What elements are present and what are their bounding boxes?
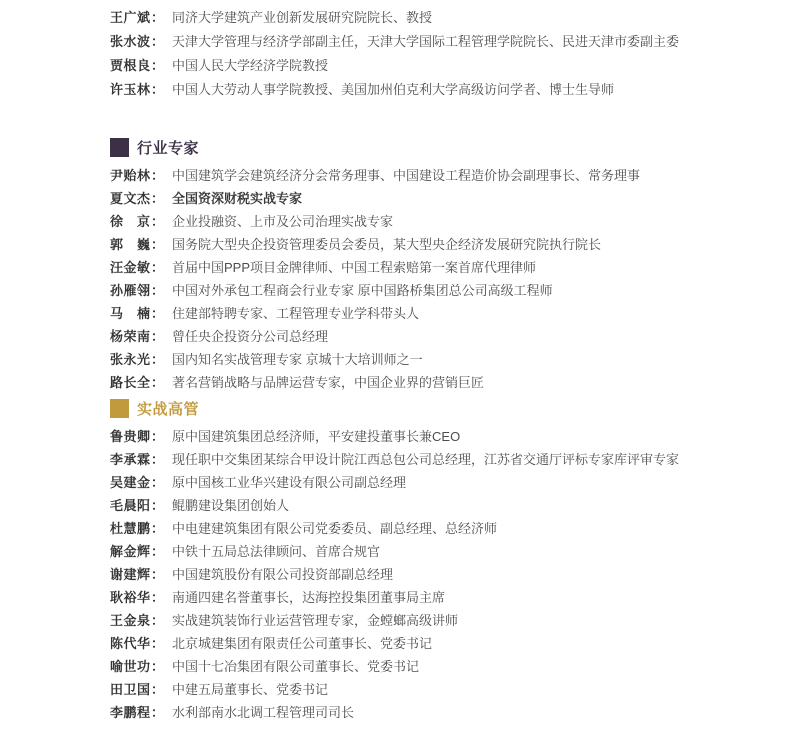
section-title: 行业专家 bbox=[137, 137, 199, 158]
expert-desc: 著名营销战略与品牌运营专家，中国企业界的营销巨匠 bbox=[172, 371, 484, 394]
expert-desc: 中国对外承包工程商会行业专家 原中国路桥集团总公司高级工程师 bbox=[172, 279, 553, 302]
expert-row: 郭 巍：国务院大型央企投资管理委员会委员，某大型央企经济发展研究院执行院长 bbox=[110, 233, 710, 256]
expert-desc: 中电建建筑集团有限公司党委委员、副总经理、总经济师 bbox=[172, 517, 497, 540]
expert-desc: 国内知名实战管理专家 京城十大培训师之一 bbox=[172, 348, 423, 371]
colon-separator: ： bbox=[151, 210, 164, 233]
expert-desc: 全国资深财税实战专家 bbox=[172, 187, 302, 210]
expert-row: 杨荣南：曾任央企投资分公司总经理 bbox=[110, 325, 710, 348]
colon-separator: ： bbox=[151, 609, 164, 632]
colon-separator: ： bbox=[151, 540, 164, 563]
expert-name: 王广斌 bbox=[110, 6, 151, 30]
expert-row: 贾根良： 中国人民大学经济学院教授 bbox=[110, 54, 710, 78]
expert-name: 许玉林 bbox=[110, 78, 151, 102]
expert-name: 李承霖 bbox=[110, 448, 151, 471]
expert-row: 汪金敏：首届中国PPP项目金牌律师、中国工程索赔第一案首席代理律师 bbox=[110, 256, 710, 279]
colon-separator: ： bbox=[151, 30, 164, 54]
expert-name: 路长全 bbox=[110, 371, 151, 394]
colon-separator: ： bbox=[151, 563, 164, 586]
expert-desc: 中国人民大学经济学院教授 bbox=[172, 54, 328, 78]
expert-row: 王广斌：同济大学建筑产业创新发展研究院院长、教授 bbox=[110, 6, 710, 30]
expert-row: 马 楠：住建部特聘专家、工程管理专业学科带头人 bbox=[110, 302, 710, 325]
expert-row: 李承霖：现任职中交集团某综合甲设计院江西总包公司总经理，江苏省交通厅评标专家库评… bbox=[110, 448, 710, 471]
document-page: 王广斌：同济大学建筑产业创新发展研究院院长、教授 张水波：天津大学管理与经济学部… bbox=[0, 0, 800, 730]
expert-desc: 南通四建名誉董事长，达海控投集团董事局主席 bbox=[172, 586, 445, 609]
expert-desc: 住建部特聘专家、工程管理专业学科带头人 bbox=[172, 302, 419, 325]
expert-name: 郭 巍 bbox=[110, 233, 151, 256]
colon-separator: ： bbox=[151, 371, 164, 394]
expert-name: 陈代华 bbox=[110, 632, 151, 655]
expert-row: 夏文杰：全国资深财税实战专家 bbox=[110, 187, 710, 210]
section-bullet-icon bbox=[110, 399, 129, 418]
expert-name: 马 楠 bbox=[110, 302, 151, 325]
expert-name: 贾根良 bbox=[110, 54, 151, 78]
expert-name: 杜慧鹏 bbox=[110, 517, 151, 540]
expert-desc: 北京城建集团有限责任公司董事长、党委书记 bbox=[172, 632, 432, 655]
expert-name: 张永光 bbox=[110, 348, 151, 371]
colon-separator: ： bbox=[151, 348, 164, 371]
colon-separator: ： bbox=[151, 517, 164, 540]
expert-name: 张水波 bbox=[110, 30, 151, 54]
colon-separator: ： bbox=[151, 187, 164, 210]
expert-desc: 中建五局董事长、党委书记 bbox=[172, 678, 328, 701]
expert-row: 张水波：天津大学管理与经济学部副主任，天津大学国际工程管理学院院长、民进天津市委… bbox=[110, 30, 710, 54]
expert-desc: 原中国建筑集团总经济师，平安建投董事长兼CEO bbox=[172, 425, 460, 448]
colon-separator: ： bbox=[151, 302, 164, 325]
section-title: 实战高管 bbox=[137, 398, 199, 419]
colon-separator: ： bbox=[151, 233, 164, 256]
expert-row: 王金泉：实战建筑装饰行业运营管理专家，金螳螂高级讲师 bbox=[110, 609, 710, 632]
expert-list: 鲁贵卿：原中国建筑集团总经济师，平安建投董事长兼CEO 李承霖：现任职中交集团某… bbox=[110, 425, 710, 724]
expert-row: 耿裕华：南通四建名誉董事长，达海控投集团董事局主席 bbox=[110, 586, 710, 609]
expert-desc: 天津大学管理与经济学部副主任，天津大学国际工程管理学院院长、民进天津市委副主委 bbox=[172, 30, 679, 54]
expert-row: 谢建辉：中国建筑股份有限公司投资部副总经理 bbox=[110, 563, 710, 586]
colon-separator: ： bbox=[151, 471, 164, 494]
expert-desc: 企业投融资、上市及公司治理实战专家 bbox=[172, 210, 393, 233]
expert-row: 喻世功：中国十七冶集团有限公司董事长、党委书记 bbox=[110, 655, 710, 678]
expert-row: 吴建金：原中国核工业华兴建设有限公司副总经理 bbox=[110, 471, 710, 494]
expert-desc: 鲲鹏建设集团创始人 bbox=[172, 494, 289, 517]
expert-desc: 中国人大劳动人事学院教授、美国加州伯克利大学高级访问学者、博士生导师 bbox=[172, 78, 614, 102]
colon-separator: ： bbox=[151, 701, 164, 724]
expert-name: 汪金敏 bbox=[110, 256, 151, 279]
expert-name: 王金泉 bbox=[110, 609, 151, 632]
expert-desc: 国务院大型央企投资管理委员会委员，某大型央企经济发展研究院执行院长 bbox=[172, 233, 601, 256]
expert-desc: 首届中国PPP项目金牌律师、中国工程索赔第一案首席代理律师 bbox=[172, 256, 536, 279]
colon-separator: ： bbox=[151, 586, 164, 609]
expert-row: 杜慧鹏：中电建建筑集团有限公司党委委员、副总经理、总经济师 bbox=[110, 517, 710, 540]
colon-separator: ： bbox=[151, 6, 164, 30]
expert-name: 毛晨阳 bbox=[110, 494, 151, 517]
colon-separator: ： bbox=[151, 678, 164, 701]
colon-separator: ： bbox=[151, 655, 164, 678]
expert-desc: 中国建筑学会建筑经济分会常务理事、中国建设工程造价协会副理事长、常务理事 bbox=[172, 164, 640, 187]
section-header: 行业专家 bbox=[110, 136, 710, 158]
colon-separator: ： bbox=[151, 164, 164, 187]
intro-expert-list: 王广斌：同济大学建筑产业创新发展研究院院长、教授 张水波：天津大学管理与经济学部… bbox=[110, 6, 710, 102]
expert-row: 路长全：著名营销战略与品牌运营专家，中国企业界的营销巨匠 bbox=[110, 371, 710, 394]
expert-desc: 同济大学建筑产业创新发展研究院院长、教授 bbox=[172, 6, 432, 30]
expert-desc: 曾任央企投资分公司总经理 bbox=[172, 325, 328, 348]
expert-row: 陈代华：北京城建集团有限责任公司董事长、党委书记 bbox=[110, 632, 710, 655]
expert-name: 解金辉 bbox=[110, 540, 151, 563]
section-bullet-icon bbox=[110, 138, 129, 157]
expert-row: 李鹏程：水利部南水北调工程管理司司长 bbox=[110, 701, 710, 724]
colon-separator: ： bbox=[151, 425, 164, 448]
expert-row: 孙雁翎：中国对外承包工程商会行业专家 原中国路桥集团总公司高级工程师 bbox=[110, 279, 710, 302]
colon-separator: ： bbox=[151, 256, 164, 279]
expert-row: 徐 京：企业投融资、上市及公司治理实战专家 bbox=[110, 210, 710, 233]
expert-name: 李鹏程 bbox=[110, 701, 151, 724]
expert-row: 鲁贵卿：原中国建筑集团总经济师，平安建投董事长兼CEO bbox=[110, 425, 710, 448]
expert-desc: 中国建筑股份有限公司投资部副总经理 bbox=[172, 563, 393, 586]
expert-name: 鲁贵卿 bbox=[110, 425, 151, 448]
section-industry-experts: 行业专家 尹贻林：中国建筑学会建筑经济分会常务理事、中国建设工程造价协会副理事长… bbox=[110, 136, 710, 394]
expert-desc: 中国十七冶集团有限公司董事长、党委书记 bbox=[172, 655, 419, 678]
expert-row: 田卫国：中建五局董事长、党委书记 bbox=[110, 678, 710, 701]
expert-name: 徐 京 bbox=[110, 210, 151, 233]
colon-separator: ： bbox=[151, 279, 164, 302]
expert-name: 吴建金 bbox=[110, 471, 151, 494]
expert-row: 张永光： 国内知名实战管理专家 京城十大培训师之一 bbox=[110, 348, 710, 371]
expert-name: 喻世功 bbox=[110, 655, 151, 678]
expert-list: 尹贻林：中国建筑学会建筑经济分会常务理事、中国建设工程造价协会副理事长、常务理事… bbox=[110, 164, 710, 394]
colon-separator: ： bbox=[151, 448, 164, 471]
expert-desc: 水利部南水北调工程管理司司长 bbox=[172, 701, 354, 724]
colon-separator: ： bbox=[151, 325, 164, 348]
expert-name: 尹贻林 bbox=[110, 164, 151, 187]
colon-separator: ： bbox=[151, 494, 164, 517]
section-header: 实战高管 bbox=[110, 397, 710, 419]
expert-name: 孙雁翎 bbox=[110, 279, 151, 302]
expert-desc: 原中国核工业华兴建设有限公司副总经理 bbox=[172, 471, 406, 494]
colon-separator: ： bbox=[151, 54, 164, 78]
expert-desc: 现任职中交集团某综合甲设计院江西总包公司总经理，江苏省交通厅评标专家库评审专家 bbox=[172, 448, 679, 471]
expert-row: 解金辉：中铁十五局总法律顾问、首席合规官 bbox=[110, 540, 710, 563]
expert-name: 田卫国 bbox=[110, 678, 151, 701]
section-practice-executives: 实战高管 鲁贵卿：原中国建筑集团总经济师，平安建投董事长兼CEO 李承霖：现任职… bbox=[110, 397, 710, 724]
expert-row: 尹贻林：中国建筑学会建筑经济分会常务理事、中国建设工程造价协会副理事长、常务理事 bbox=[110, 164, 710, 187]
expert-row: 毛晨阳：鲲鹏建设集团创始人 bbox=[110, 494, 710, 517]
expert-desc: 中铁十五局总法律顾问、首席合规官 bbox=[172, 540, 380, 563]
colon-separator: ： bbox=[151, 632, 164, 655]
expert-name: 夏文杰 bbox=[110, 187, 151, 210]
expert-desc: 实战建筑装饰行业运营管理专家，金螳螂高级讲师 bbox=[172, 609, 458, 632]
expert-row: 许玉林：中国人大劳动人事学院教授、美国加州伯克利大学高级访问学者、博士生导师 bbox=[110, 78, 710, 102]
expert-name: 耿裕华 bbox=[110, 586, 151, 609]
expert-name: 杨荣南 bbox=[110, 325, 151, 348]
colon-separator: ： bbox=[151, 78, 164, 102]
expert-name: 谢建辉 bbox=[110, 563, 151, 586]
